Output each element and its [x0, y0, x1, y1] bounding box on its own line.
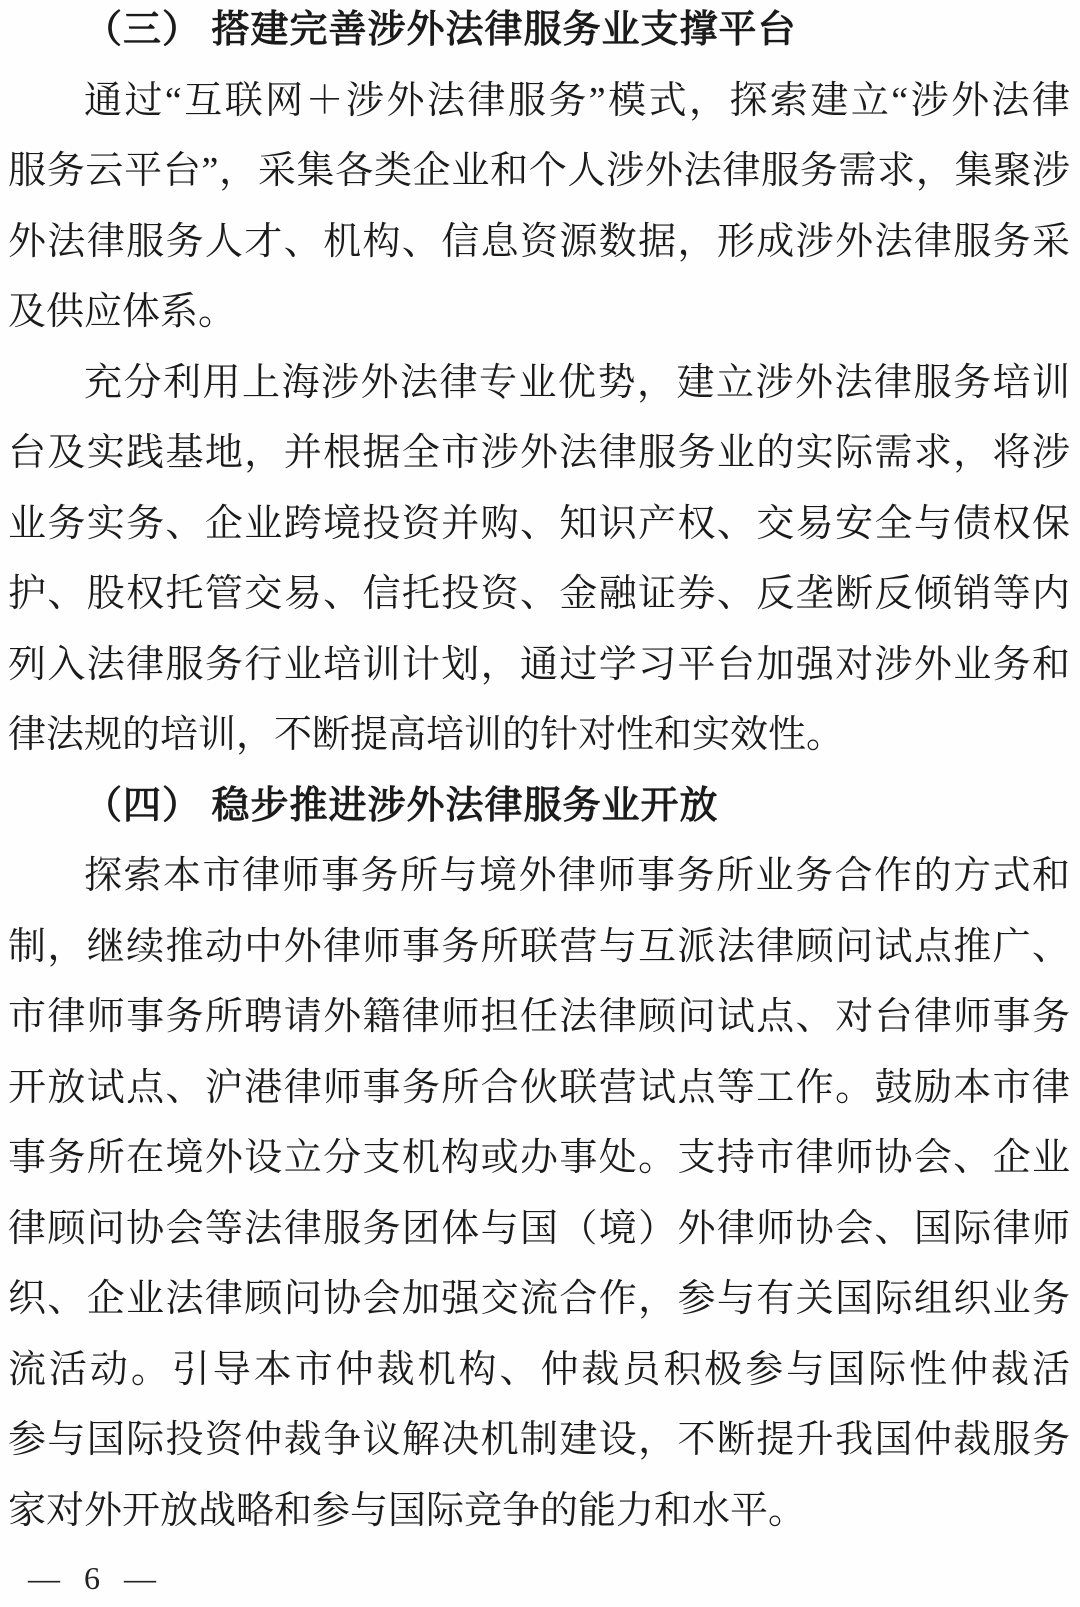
body-line: 织、企业法律顾问协会加强交流合作，参与有关国际组织业务交	[8, 1264, 1070, 1335]
body-line: 律法规的培训，不断提高培训的针对性和实效性。	[8, 700, 1070, 771]
body-line: 事务所在境外设立分支机构或办事处。支持市律师协会、企业法	[8, 1123, 1070, 1194]
document-page: （三） 搭建完善涉外法律服务业支撑平台 通过“互联网＋涉外法律服务”模式，探索建…	[0, 0, 1080, 1607]
section-heading-3: （三） 搭建完善涉外法律服务业支撑平台	[8, 0, 1070, 66]
body-line: 通过“互联网＋涉外法律服务”模式，探索建立“涉外法律	[8, 66, 1070, 137]
body-line: 开放试点、沪港律师事务所合伙联营试点等工作。鼓励本市律师	[8, 1053, 1070, 1124]
body-line: 参与国际投资仲裁争议解决机制建设，不断提升我国仲裁服务国	[8, 1405, 1070, 1476]
document-body: （三） 搭建完善涉外法律服务业支撑平台 通过“互联网＋涉外法律服务”模式，探索建…	[8, 0, 1070, 1546]
page-number: — 6 —	[28, 1560, 164, 1597]
body-line: 制，继续推动中外律师事务所联营与互派法律顾问试点推广、本	[8, 912, 1070, 983]
body-line: 及供应体系。	[8, 277, 1070, 348]
body-line: 外法律服务人才、机构、信息资源数据，形成涉外法律服务采购	[8, 207, 1070, 278]
body-line: 业务实务、企业跨境投资并购、知识产权、交易安全与债权保	[8, 489, 1070, 560]
body-line: 服务云平台”，采集各类企业和个人涉外法律服务需求，集聚涉	[8, 136, 1070, 207]
body-line: 探索本市律师事务所与境外律师事务所业务合作的方式和机	[8, 841, 1070, 912]
body-line: 护、股权托管交易、信托投资、金融证券、反垄断反倾销等内容	[8, 559, 1070, 630]
body-line: 列入法律服务行业培训计划，通过学习平台加强对涉外业务和法	[8, 630, 1070, 701]
section-heading-4: （四） 稳步推进涉外法律服务业开放	[8, 771, 1070, 842]
body-line: 市律师事务所聘请外籍律师担任法律顾问试点、对台律师事务所	[8, 982, 1070, 1053]
body-line: 流活动。引导本市仲裁机构、仲裁员积极参与国际性仲裁活动，	[8, 1335, 1070, 1406]
body-line: 充分利用上海涉外法律专业优势，建立涉外法律服务培训平	[8, 348, 1070, 419]
body-line: 台及实践基地，并根据全市涉外法律服务业的实际需求，将涉外	[8, 418, 1070, 489]
body-line: 家对外开放战略和参与国际竞争的能力和水平。	[8, 1476, 1070, 1547]
body-line: 律顾问协会等法律服务团体与国（境）外律师协会、国际律师组	[8, 1194, 1070, 1265]
